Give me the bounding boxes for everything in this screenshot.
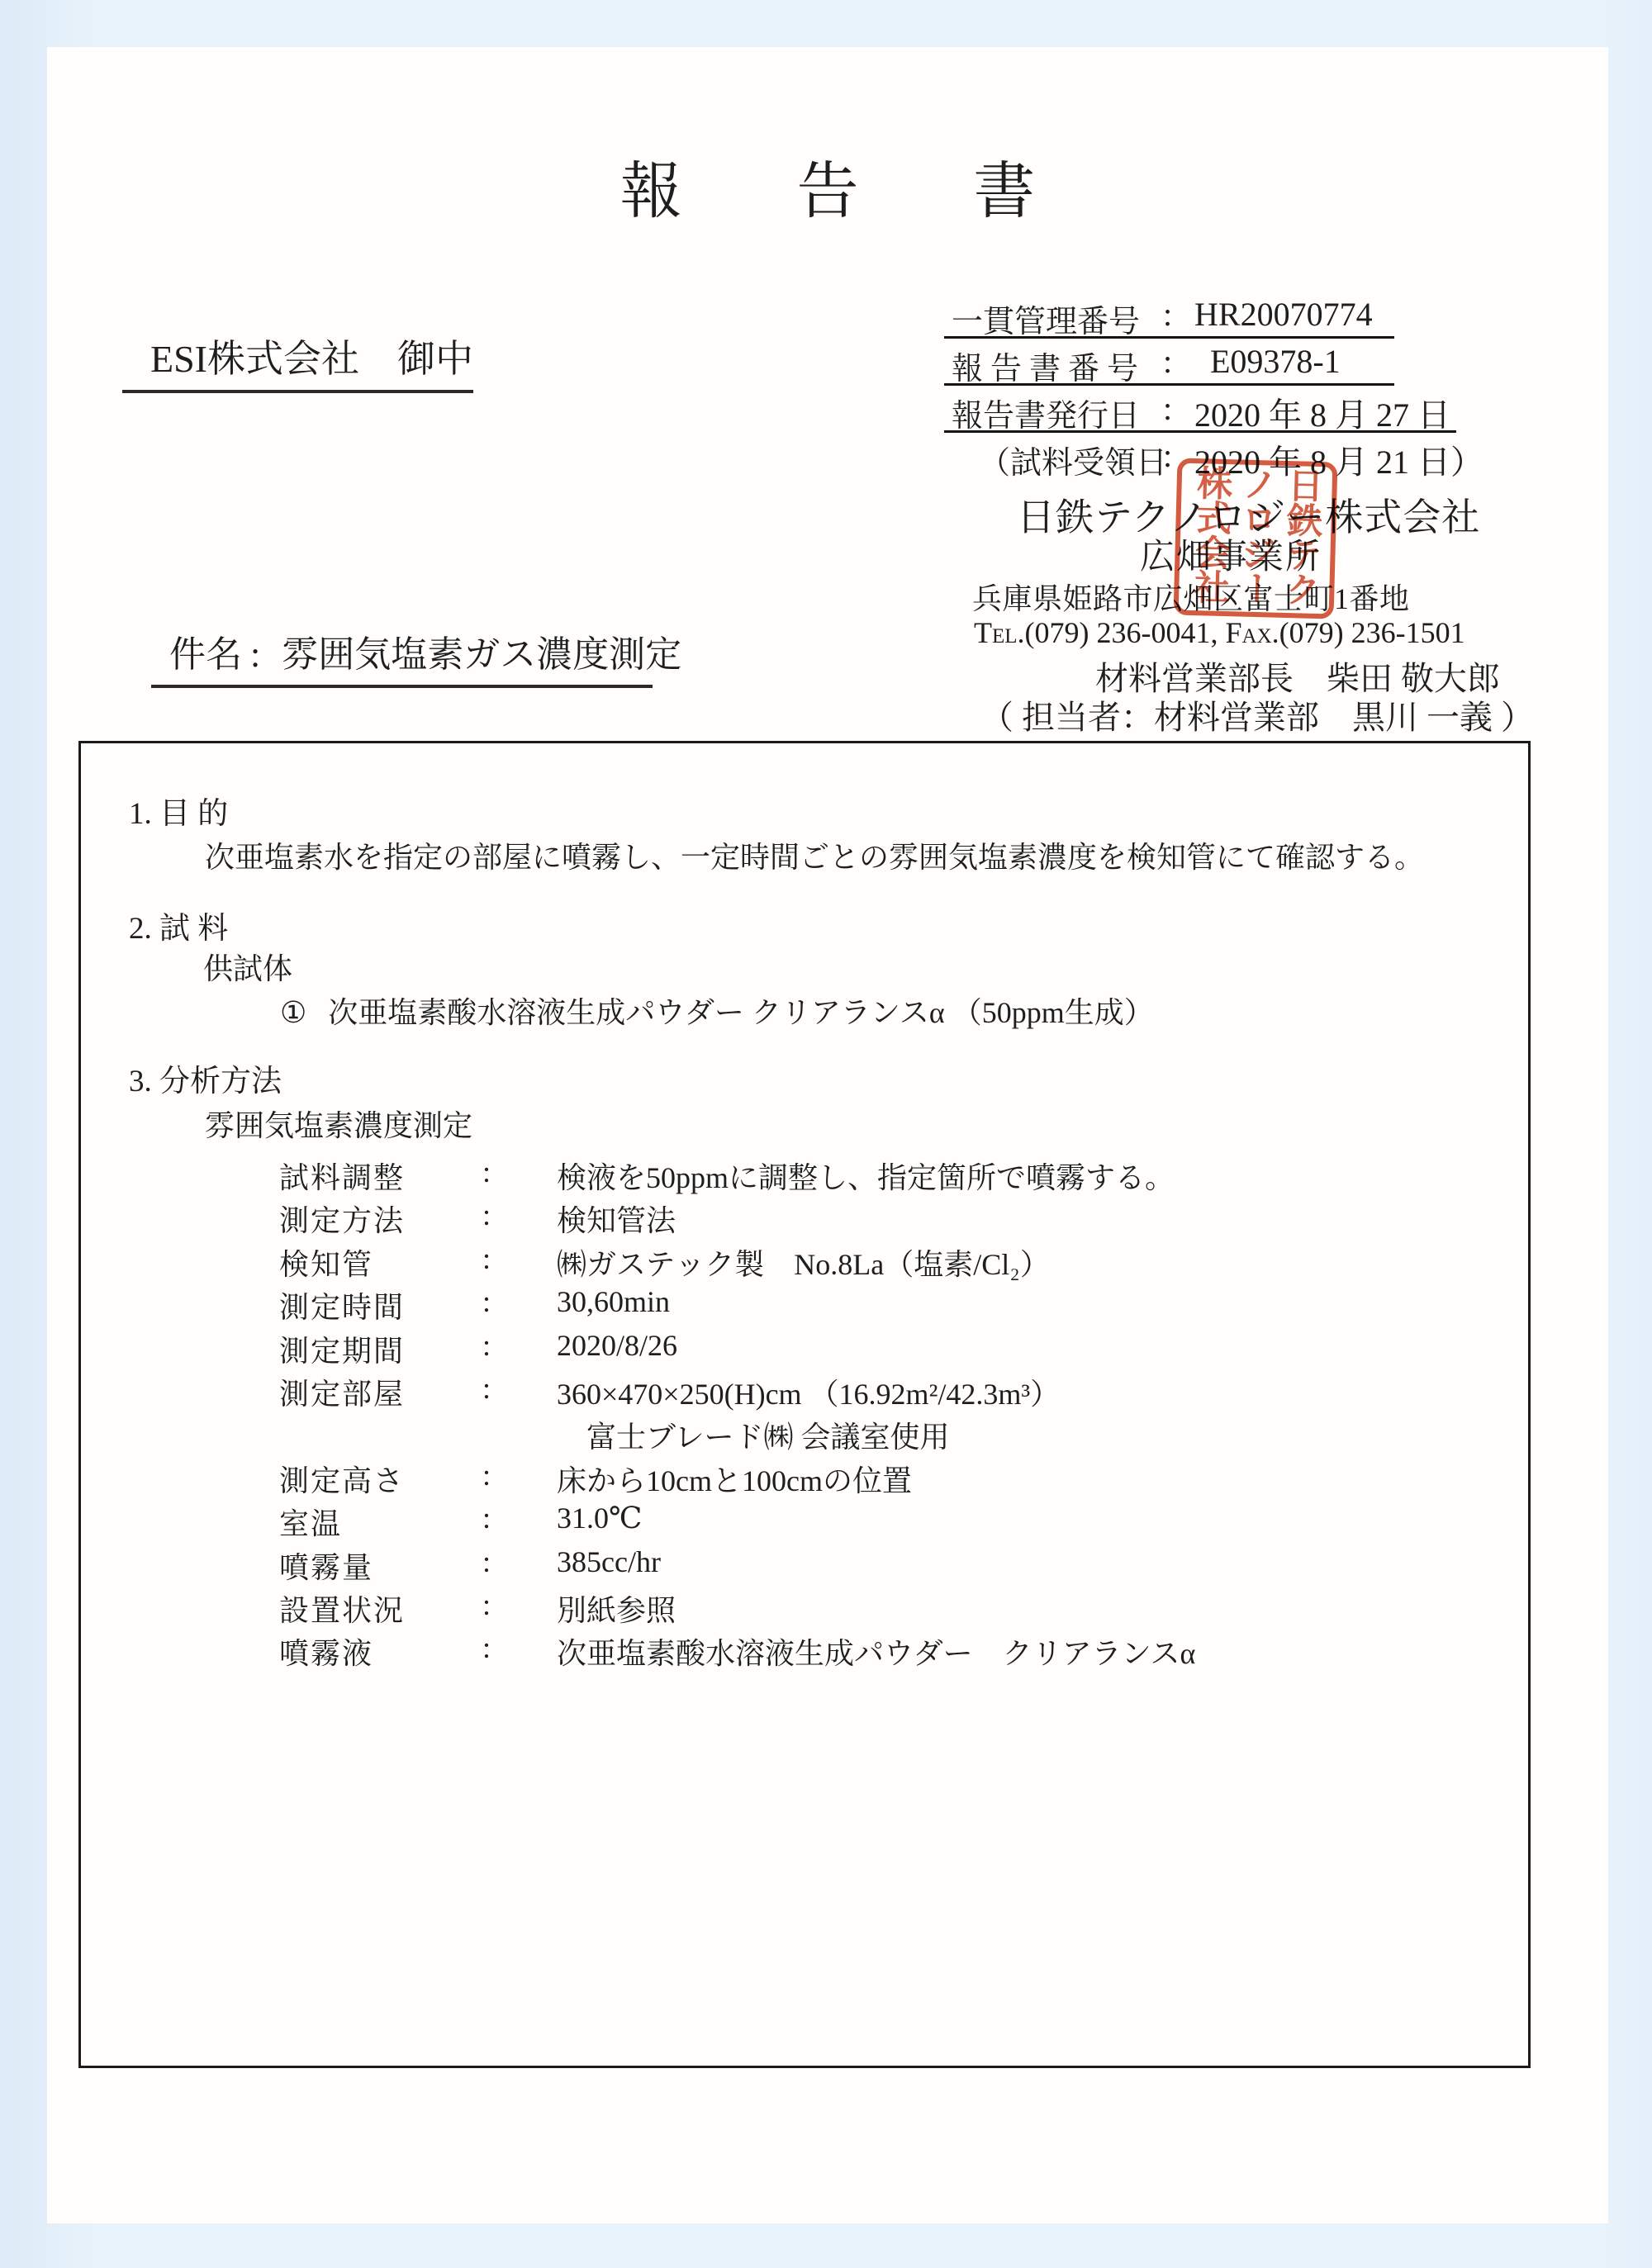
meta-colon: : [1163,389,1172,428]
section2-heading: 2. 試 料 [129,911,228,947]
param-label: 噴霧量 [279,1544,373,1587]
section2-subheading: 供試体 [203,951,292,987]
param-value: 2020/8/26 [557,1328,677,1363]
param-colon: : [482,1544,491,1579]
subject-label: 件名 [169,634,242,675]
param-colon: : [482,1241,491,1276]
meta-label: 報告書番号 [952,343,1146,388]
param-colon: : [482,1198,491,1232]
param-value: 次亜塩素酸水溶液生成パウダー クリアランスα [557,1630,1195,1673]
param-row-spray-liquid: 噴霧液 : 次亜塩素酸水溶液生成パウダー クリアランスα [279,1630,1477,1673]
param-colon: : [482,1630,491,1665]
param-colon: : [482,1328,491,1363]
meta-colon: : [1163,342,1172,381]
meta-row-report-number: 報告書番号 : E09378-1 [944,339,1394,386]
meta-table: 一貫管理番号 : HR20070774 報告書番号 : E09378-1 報告書… [944,292,1506,480]
company-seal-stamp: 日鉄テク ノロジー 株式会社 [1174,458,1338,619]
param-row-spray-amount: 噴霧量 : 385cc/hr [279,1544,1477,1587]
meta-label: 報告書発行日 [952,390,1140,435]
company-seal-text: 日鉄テク ノロジー 株式会社 [1185,464,1326,613]
param-value: 検液を50ppmに調整し、指定箇所で噴霧する。 [557,1155,1175,1197]
param-label: 測定高さ [279,1458,405,1500]
param-label: 測定方法 [279,1198,405,1240]
page-title: 報告書 [47,161,1608,223]
issuer-tel-fax: Tel.(079) 236-0041, Fax.(079) 236-1501 [974,615,1465,650]
param-row-measurement-room-note: 富士ブレード㈱ 会議室使用 [279,1414,1477,1457]
param-row-measurement-room: 測定部屋 : 360×470×250(H)cm （16.92m²/42.3m³） [279,1371,1477,1414]
param-value: ㈱ガステック製 No.8La（塩素/Cl₂） [557,1241,1050,1283]
seal-column-right: 日鉄テク [1276,467,1326,613]
param-colon: : [482,1458,491,1492]
param-row-measurement-height: 測定高さ : 床から10cmと100cmの位置 [279,1458,1477,1501]
param-value: 30,60min [557,1284,670,1319]
scanned-report-screenshot: 報告書 ESI株式会社 御中 一貫管理番号 : HR20070774 報告書番号… [0,0,1652,2268]
param-row-installation-status: 設置状況 : 別紙参照 [279,1587,1477,1630]
param-label: 測定期間 [279,1328,405,1370]
param-value-continuation: 富士ブレード㈱ 会議室使用 [586,1414,950,1456]
param-row-sample-preparation: 試料調整 : 検液を50ppmに調整し、指定箇所で噴霧する。 [279,1155,1477,1198]
param-row-room-temperature: 室温 : 31.0℃ [279,1501,1477,1544]
param-colon: : [482,1501,491,1535]
report-page: 報告書 ESI株式会社 御中 一貫管理番号 : HR20070774 報告書番号… [47,47,1608,2223]
meta-value-control-number: HR20070774 [1194,295,1373,334]
param-label: 噴霧液 [279,1630,373,1673]
param-row-detector-tube: 検知管 : ㈱ガステック製 No.8La（塩素/Cl₂） [279,1241,1477,1284]
param-label: 測定時間 [279,1284,405,1326]
issuer-contact-person: （ 担当者：材料営業部 黒川 一義 ） [980,691,1534,738]
subject-colon: : [250,634,260,675]
recipient-name: ESI株式会社 御中 [150,338,473,380]
param-colon: : [482,1155,491,1189]
meta-row-issue-date: 報告書発行日 : 2020 年 8 月 27 日 [944,386,1456,433]
meta-colon: : [1163,295,1172,334]
meta-label: 一貫管理番号 [952,296,1140,341]
param-value: 別紙参照 [557,1587,676,1630]
recipient-line: ESI株式会社 御中 [122,338,473,393]
meta-label: （試料受領日 [979,437,1167,482]
meta-value-report-number: E09378-1 [1210,342,1341,381]
meta-value-issue-date: 2020 年 8 月 27 日 [1194,389,1450,436]
subject-value: 雰囲気塩素ガス濃度測定 [282,634,681,675]
section1-heading: 1. 目 的 [129,796,228,833]
param-value: 360×470×250(H)cm （16.92m²/42.3m³） [557,1371,1060,1413]
param-label: 測定部屋 [279,1371,405,1413]
param-value: 検知管法 [557,1198,676,1240]
circled-number-1: ① [280,996,306,1029]
param-value: 床から10cmと100cmの位置 [557,1458,912,1500]
specimen-name: 次亜塩素酸水溶液生成パウダー クリアランスα （50ppm生成） [328,996,1153,1029]
param-label: 設置状況 [279,1587,405,1630]
section3-heading: 3. 分析方法 [129,1064,282,1100]
subject-line: 件名:雰囲気塩素ガス濃度測定 [151,635,653,688]
param-row-measurement-period: 測定期間 : 2020/8/26 [279,1328,1477,1371]
param-colon: : [482,1284,491,1319]
analysis-parameter-list: 試料調整 : 検液を50ppmに調整し、指定箇所で噴霧する。 測定方法 : 検知… [279,1155,1477,1674]
param-label: 検知管 [279,1241,373,1283]
section3-subheading: 雰囲気塩素濃度測定 [205,1108,472,1144]
param-colon: : [482,1371,491,1406]
param-row-measurement-method: 測定方法 : 検知管法 [279,1198,1477,1241]
param-value: 31.0℃ [557,1501,642,1535]
section2-specimen-item: ①次亜塩素酸水溶液生成パウダー クリアランスα （50ppm生成） [280,995,1154,1031]
param-row-measurement-time: 測定時間 : 30,60min [279,1284,1477,1327]
param-label: 試料調整 [279,1155,405,1197]
param-label: 室温 [279,1501,342,1543]
param-value: 385cc/hr [557,1544,661,1579]
section1-body: 次亜塩素水を指定の部屋に噴霧し、一定時間ごとの雰囲気塩素濃度を検知管にて確認する… [205,840,1424,875]
meta-row-control-number: 一貫管理番号 : HR20070774 [944,292,1394,339]
param-colon: : [482,1587,491,1622]
seal-column-middle: ノロジー [1231,465,1280,611]
meta-colon: : [1163,436,1172,475]
seal-column-left: 株式会社 [1185,464,1235,610]
report-body-box: 1. 目 的 次亜塩素水を指定の部屋に噴霧し、一定時間ごとの雰囲気塩素濃度を検知… [78,741,1531,2068]
